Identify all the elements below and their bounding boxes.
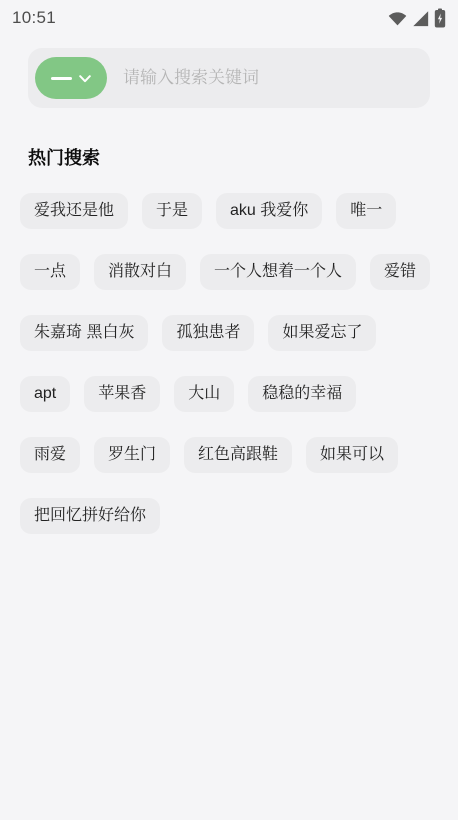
chip-row: apt苹果香大山稳稳的幸福 [20,376,438,412]
battery-charging-icon [434,8,446,28]
hot-search-chip[interactable]: 一个人想着一个人 [200,254,356,290]
app-screen: 10:51 [0,0,458,820]
hot-search-chip[interactable]: 如果爱忘了 [268,315,376,351]
hot-search-chips: 爱我还是他于是aku 我爱你唯一一点消散对白一个人想着一个人爱错朱嘉琦 黑白灰孤… [0,193,458,534]
status-bar: 10:51 [0,0,458,30]
cellular-signal-icon [412,10,429,27]
status-icons [388,8,446,28]
hot-search-chip[interactable]: 朱嘉琦 黑白灰 [20,315,148,351]
hot-search-chip[interactable]: 把回忆拼好给你 [20,498,160,534]
hot-search-chip[interactable]: apt [20,376,70,412]
hot-search-chip[interactable]: aku 我爱你 [216,193,322,229]
hot-search-chip[interactable]: 大山 [174,376,234,412]
dash-icon [51,77,72,80]
hot-search-chip[interactable]: 于是 [142,193,202,229]
hot-search-chip[interactable]: 一点 [20,254,80,290]
chip-row: 一点消散对白一个人想着一个人爱错 [20,254,438,290]
hot-search-chip[interactable]: 爱错 [370,254,430,290]
hot-search-chip[interactable]: 红色高跟鞋 [184,437,292,473]
wifi-icon [388,11,407,26]
chip-row: 朱嘉琦 黑白灰孤独患者如果爱忘了 [20,315,438,351]
hot-search-chip[interactable]: 唯一 [336,193,396,229]
hot-search-chip[interactable]: 稳稳的幸福 [248,376,356,412]
hot-search-chip[interactable]: 如果可以 [306,437,398,473]
hot-search-chip[interactable]: 苹果香 [84,376,160,412]
chip-row: 爱我还是他于是aku 我爱你唯一 [20,193,438,229]
chevron-down-icon [79,71,91,86]
chip-row: 雨爱罗生门红色高跟鞋如果可以 [20,437,438,473]
hot-search-chip[interactable]: 孤独患者 [162,315,254,351]
search-source-dropdown-button[interactable] [35,57,107,99]
search-section [0,48,458,108]
hot-search-chip[interactable]: 消散对白 [94,254,186,290]
clock: 10:51 [12,8,56,28]
hot-search-chip[interactable]: 罗生门 [94,437,170,473]
search-input[interactable] [123,48,418,108]
search-bar [28,48,430,108]
hot-search-chip[interactable]: 爱我还是他 [20,193,128,229]
hot-search-title: 热门搜索 [28,147,458,169]
chip-row: 把回忆拼好给你 [20,498,438,534]
hot-search-chip[interactable]: 雨爱 [20,437,80,473]
